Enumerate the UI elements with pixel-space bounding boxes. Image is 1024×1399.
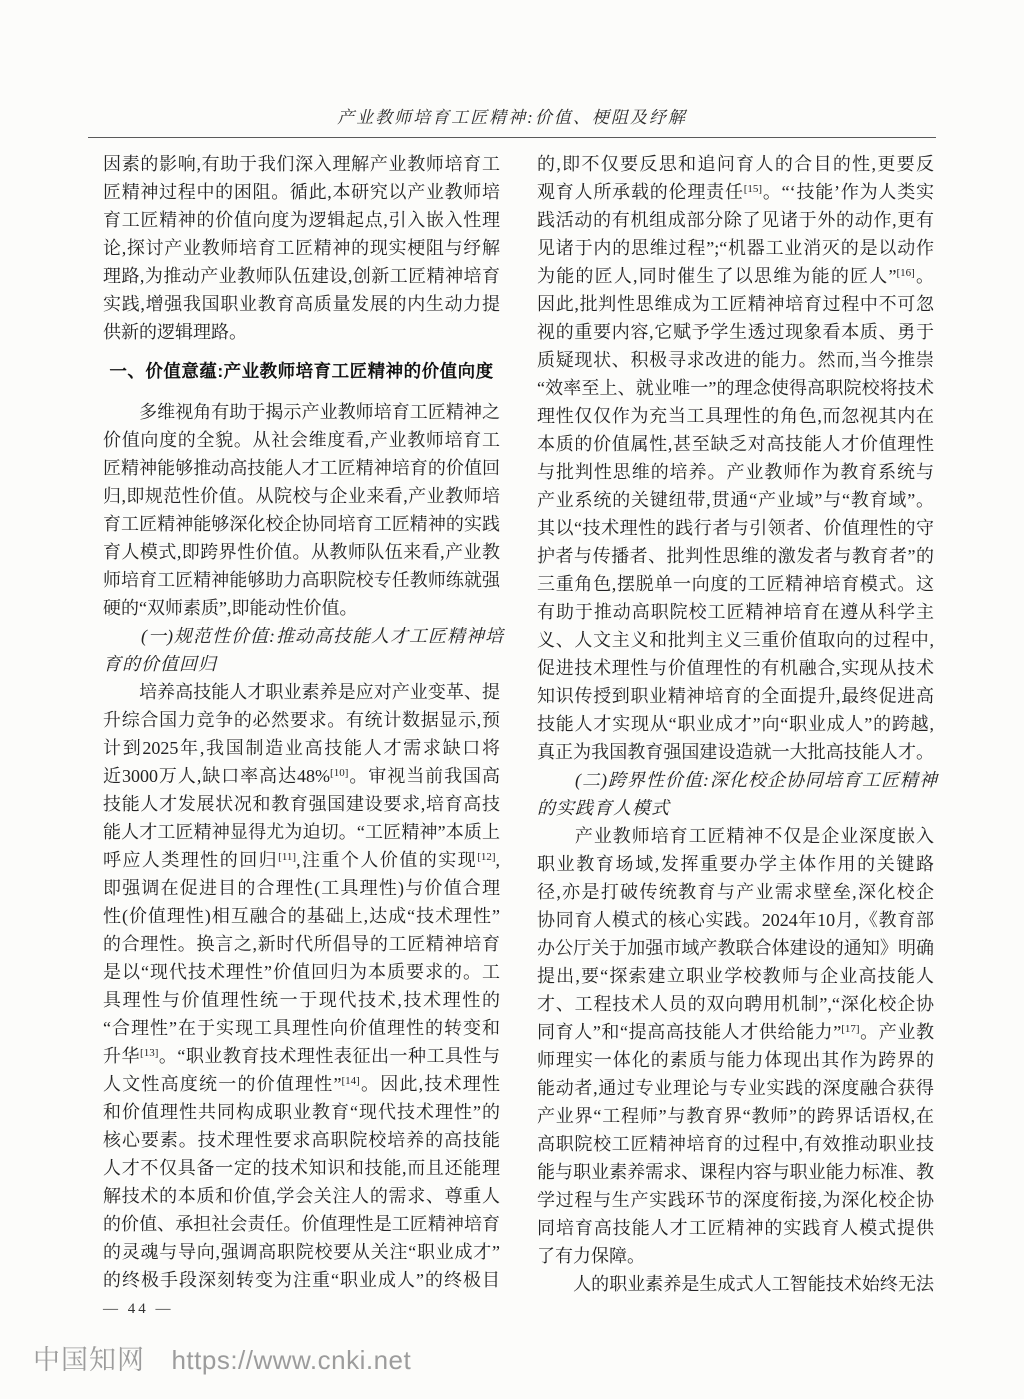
text-line: 同育人”和“提高高技能人才供给能力”[17]。产业教: [537, 1018, 934, 1046]
text-line: 真正为我国教育强国建设造就一大批高技能人才。: [537, 738, 934, 766]
text-line: 硬的“双师素质”,即能动性价值。: [103, 594, 500, 622]
sub-heading: (一)规范性价值:推动高技能人才工匠精神培育的价值回归: [103, 622, 500, 678]
text-line: 解技术的本质和价值,学会关注人的需求、尊重人: [103, 1182, 500, 1210]
text-line: 的,即不仅要反思和追问育人的合目的性,更要反: [537, 150, 934, 178]
paragraph: 多维视角有助于揭示产业教师培育工匠精神之价值向度的全貌。从社会维度看,产业教师培…: [103, 398, 500, 622]
text-line: 论,探讨产业教师培育工匠精神的现实梗阻与纾解: [103, 234, 500, 262]
text-line: 同培育高技能人才工匠精神的实践育人模式提供: [537, 1214, 934, 1242]
text-line: 产业教师培育工匠精神不仅是企业深度嵌入: [537, 822, 934, 850]
text-line: 促进技术理性与价值理性的有机融合,实现从技术: [537, 654, 934, 682]
text-line: 产业界“工程师”与教育界“教师”的跨界话语权,在: [537, 1102, 934, 1130]
left-column: 因素的影响,有助于我们深入理解产业教师培育工匠精神过程中的困阻。循此,本研究以产…: [103, 150, 500, 1294]
citation-ref: [16]: [896, 267, 914, 279]
text-line: 视的重要内容,它赋予学生透过现象看本质、勇于: [537, 318, 934, 346]
text-line: 理性仅仅作为充当工具理性的角色,而忽视其内在: [537, 402, 934, 430]
citation-ref: [14]: [342, 1075, 360, 1087]
text-line: 计到2025年,我国制造业高技能人才需求缺口将: [103, 734, 500, 762]
text-line: 育的价值回归: [103, 650, 500, 678]
text-line: 办公厅关于加强市域产教联合体建设的通知》明确: [537, 934, 934, 962]
header-rule: [88, 137, 936, 138]
text-line: 师培育工匠精神能够助力高职院校专任教师练就强: [103, 566, 500, 594]
text-line: 见诸于内的思维过程”;“机器工业消灭的是以动作: [537, 234, 934, 262]
text-line: 核心要素。技术理性要求高职院校培养的高技能: [103, 1126, 500, 1154]
sub-heading: (二)跨界性价值:深化校企协同培育工匠精神的实践育人模式: [537, 766, 934, 822]
text-line: 职业教育场域,发挥重要办学主体作用的关键路: [537, 850, 934, 878]
text-line: 价值向度的全貌。从社会维度看,产业教师培育工: [103, 426, 500, 454]
text-line: 人的职业素养是生成式人工智能技术始终无法: [537, 1270, 934, 1298]
right-column: 的,即不仅要反思和追问育人的合目的性,更要反观育人所承载的伦理责任[15]。“‘…: [537, 150, 934, 1298]
text-line: 匠精神过程中的困阻。循此,本研究以产业教师培: [103, 178, 500, 206]
text-line: 其以“技术理性的践行者与引领者、价值理性的守: [537, 514, 934, 542]
text-line: “合理性”在于实现工具理性向价值理性的转变和: [103, 1014, 500, 1042]
citation-ref: [12]: [477, 851, 495, 863]
text-line: 理路,为推动产业教师队伍建设,创新工匠精神培育: [103, 262, 500, 290]
text-line: “效率至上、就业唯一”的理念使得高职院校将技术: [537, 374, 934, 402]
text-line: 实践,增强我国职业教育高质量发展的内生动力提: [103, 290, 500, 318]
paragraph: 人的职业素养是生成式人工智能技术始终无法: [537, 1270, 934, 1298]
text-line: 协同育人模式的核心实践。2024年10月,《教育部: [537, 906, 934, 934]
text-line: 培养高技能人才职业素养是应对产业变革、提: [103, 678, 500, 706]
text-line: (二)跨界性价值:深化校企协同培育工匠精神: [537, 766, 934, 794]
text-line: 产业系统的关键纽带,贯通“产业域”与“教育域”。: [537, 486, 934, 514]
text-line: 是以“现代技术理性”价值回归为本质要求的。工: [103, 958, 500, 986]
text-line: 有助于推动高职院校工匠精神培育在遵从科学主: [537, 598, 934, 626]
text-line: 质疑现状、积极寻求改进的能力。然而,当今推崇: [537, 346, 934, 374]
text-line: 义、人文主义和批判主义三重价值取向的过程中,: [537, 626, 934, 654]
text-line: 多维视角有助于揭示产业教师培育工匠精神之: [103, 398, 500, 426]
watermark: 中国知网 https://www.cnki.net: [33, 1338, 411, 1377]
text-line: (一)规范性价值:推动高技能人才工匠精神培: [103, 622, 500, 650]
running-title: 产业教师培育工匠精神:价值、梗阻及纾解: [0, 103, 1024, 128]
text-line: 技能人才发展状况和教育强国建设要求,培育高技: [103, 790, 500, 818]
text-line: 育工匠精神的价值向度为逻辑起点,引入嵌入性理: [103, 206, 500, 234]
text-line: 具理性与价值理性统一于现代技术,技术理性的: [103, 986, 500, 1014]
text-line: 提出,要“探索建立职业学校教师与企业高技能人: [537, 962, 934, 990]
watermark-url: https://www.cnki.net: [171, 1345, 411, 1375]
text-line: 径,亦是打破传统教育与产业需求壁垒,深化校企: [537, 878, 934, 906]
text-line: 师理实一体化的素质与能力体现出其作为跨界的: [537, 1046, 934, 1074]
text-line: 人才不仅具备一定的技术知识和技能,而且还能理: [103, 1154, 500, 1182]
text-line: 人文性高度统一的价值理性”[14]。因此,技术理性: [103, 1070, 500, 1098]
text-line: 观育人所承载的伦理责任[15]。“‘技能’作为人类实: [537, 178, 934, 206]
text-line: 的终极手段深刻转变为注重“职业成人”的终极目: [103, 1266, 500, 1294]
text-line: 归,即规范性价值。从院校与企业来看,产业教师培: [103, 482, 500, 510]
text-line: 因此,批判性思维成为工匠精神培育过程中不可忽: [537, 290, 934, 318]
section-heading: 一、价值意蕴:产业教师培育工匠精神的价值向度: [103, 357, 500, 385]
text-line: 供新的逻辑理路。: [103, 318, 500, 346]
text-line: 为能的匠人,同时催生了以思维为能的匠人”[16]。: [537, 262, 934, 290]
text-line: 的价值、承担社会责任。价值理性是工匠精神培育: [103, 1210, 500, 1238]
text-line: 育工匠精神能够深化校企协同培育工匠精神的实践: [103, 510, 500, 538]
text-line: 本质的价值属性,甚至缺乏对高技能人才价值理性: [537, 430, 934, 458]
text-line: 和价值理性共同构成职业教育“现代技术理性”的: [103, 1098, 500, 1126]
text-line: 升华[13]。“职业教育技术理性表征出一种工具性与: [103, 1042, 500, 1070]
text-line: 近3000万人,缺口率高达48%[10]。审视当前我国高: [103, 762, 500, 790]
text-line: 技能人才实现从“职业成才”向“职业成人”的跨越,: [537, 710, 934, 738]
text-line: 三重角色,摆脱单一向度的工匠精神培育模式。这: [537, 570, 934, 598]
text-line: 的合理性。换言之,新时代所倡导的工匠精神培育: [103, 930, 500, 958]
text-line: 才、工程技术人员的双向聘用机制”,“深化校企协: [537, 990, 934, 1018]
text-line: 呼应人类理性的回归[11],注重个人价值的实现[12],: [103, 846, 500, 874]
text-line: 了有力保障。: [537, 1242, 934, 1270]
text-line: 的灵魂与导向,强调高职院校要从关注“职业成才”: [103, 1238, 500, 1266]
text-line: 因素的影响,有助于我们深入理解产业教师培育工: [103, 150, 500, 178]
text-line: 学过程与生产实践环节的深度衔接,为深化校企协: [537, 1186, 934, 1214]
watermark-site-name: 中国知网: [33, 1345, 145, 1375]
paragraph: 因素的影响,有助于我们深入理解产业教师培育工匠精神过程中的困阻。循此,本研究以产…: [103, 150, 500, 346]
text-line: 能与职业素养需求、课程内容与职业能力标准、教: [537, 1158, 934, 1186]
citation-ref: [17]: [841, 1023, 859, 1035]
text-line: 匠精神能够推动高技能人才工匠精神培育的价值回: [103, 454, 500, 482]
paragraph: 培养高技能人才职业素养是应对产业变革、提升综合国力竞争的必然要求。有统计数据显示…: [103, 678, 500, 1294]
text-line: 护者与传播者、批判性思维的激发者与教育者”的: [537, 542, 934, 570]
text-line: 与批判性思维的培养。产业教师作为教育系统与: [537, 458, 934, 486]
paragraph: 的,即不仅要反思和追问育人的合目的性,更要反观育人所承载的伦理责任[15]。“‘…: [537, 150, 934, 766]
page-number: — 44 —: [103, 1301, 174, 1318]
text-line: 性(价值理性)相互融合的基础上,达成“技术理性”: [103, 902, 500, 930]
citation-ref: [13]: [140, 1047, 158, 1059]
text-line: 知识传授到职业精神培育的全面提升,最终促进高: [537, 682, 934, 710]
text-line: 即强调在促进目的合理性(工具理性)与价值合理: [103, 874, 500, 902]
text-line: 践活动的有机组成部分除了见诸于外的动作,更有: [537, 206, 934, 234]
text-line: 高职院校工匠精神培育的过程中,有效推动职业技: [537, 1130, 934, 1158]
paragraph: 产业教师培育工匠精神不仅是企业深度嵌入职业教育场域,发挥重要办学主体作用的关键路…: [537, 822, 934, 1270]
citation-ref: [10]: [330, 767, 348, 779]
text-line: 一、价值意蕴:产业教师培育工匠精神的价值向度: [103, 357, 500, 385]
text-line: 升综合国力竞争的必然要求。有统计数据显示,预: [103, 706, 500, 734]
text-line: 育人模式,即跨界性价值。从教师队伍来看,产业教: [103, 538, 500, 566]
citation-ref: [11]: [278, 851, 296, 863]
text-line: 能动者,通过专业理论与专业实践的深度融合获得: [537, 1074, 934, 1102]
text-line: 的实践育人模式: [537, 794, 934, 822]
citation-ref: [15]: [744, 183, 762, 195]
text-line: 能人才工匠精神显得尤为迫切。“工匠精神”本质上: [103, 818, 500, 846]
